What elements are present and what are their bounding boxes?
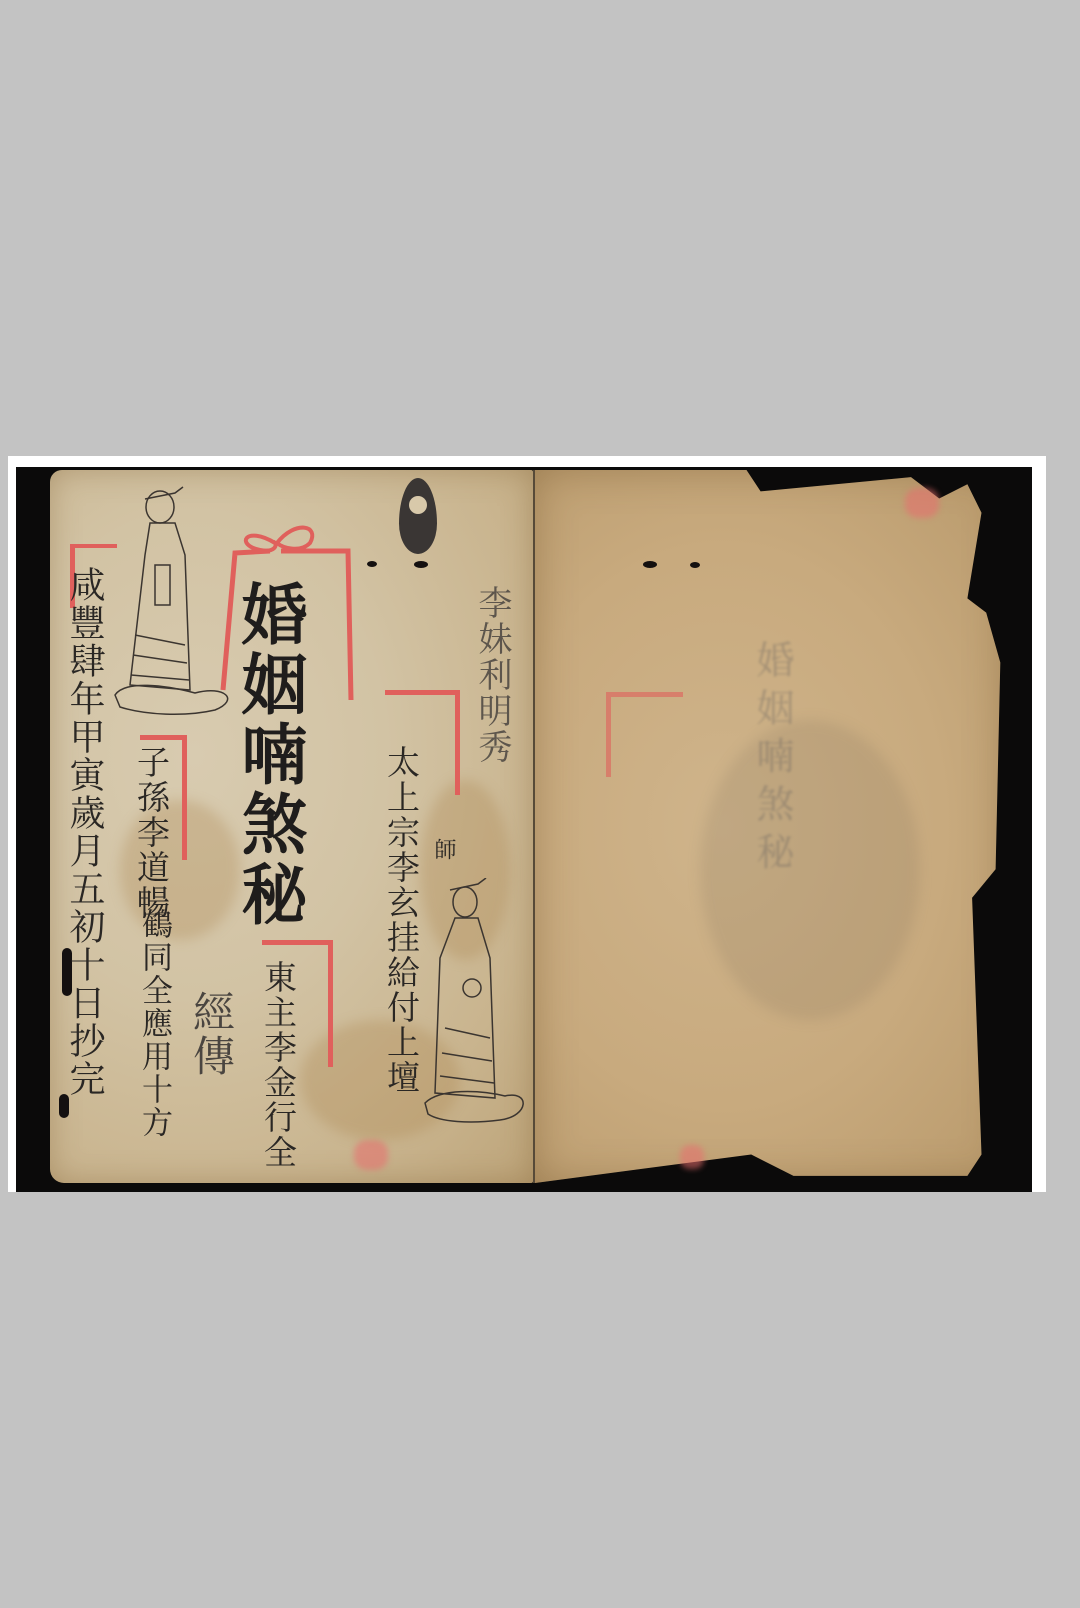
deity-figure-illustration-left: [105, 485, 245, 725]
deity-figure-illustration-right: [420, 878, 530, 1128]
manuscript-title: 婚姻喃煞秘: [236, 580, 302, 930]
binding-hole: [643, 561, 657, 568]
binding-hole: [690, 562, 700, 568]
descendant-name-column: 子孫李道暢: [135, 745, 168, 920]
owner-column: 東主李金行全: [262, 960, 295, 1170]
binding-hole: [367, 561, 377, 567]
ink-bleed-stain: [700, 720, 920, 1020]
red-smudge: [680, 1145, 704, 1169]
annotation-column: 李妹利明秀: [468, 585, 517, 765]
master-column: 太上宗李玄挂給付上壇: [385, 745, 418, 1095]
descendant-note-column: 鶴同全應用十方: [138, 908, 169, 1139]
date-colophon-column: 咸豐肆年甲寅歲月五初十日抄完: [66, 566, 102, 1098]
red-smudge: [354, 1140, 388, 1170]
master-label: 師: [428, 838, 459, 862]
page-fold: [533, 470, 535, 1183]
red-smudge: [905, 488, 939, 518]
faded-red-bracket-mark: [606, 692, 683, 777]
transmitted-note-column: 經傳: [190, 990, 232, 1078]
binding-hole: [414, 561, 428, 568]
bleed-through-text: 婚姻喃煞秘: [745, 640, 800, 880]
